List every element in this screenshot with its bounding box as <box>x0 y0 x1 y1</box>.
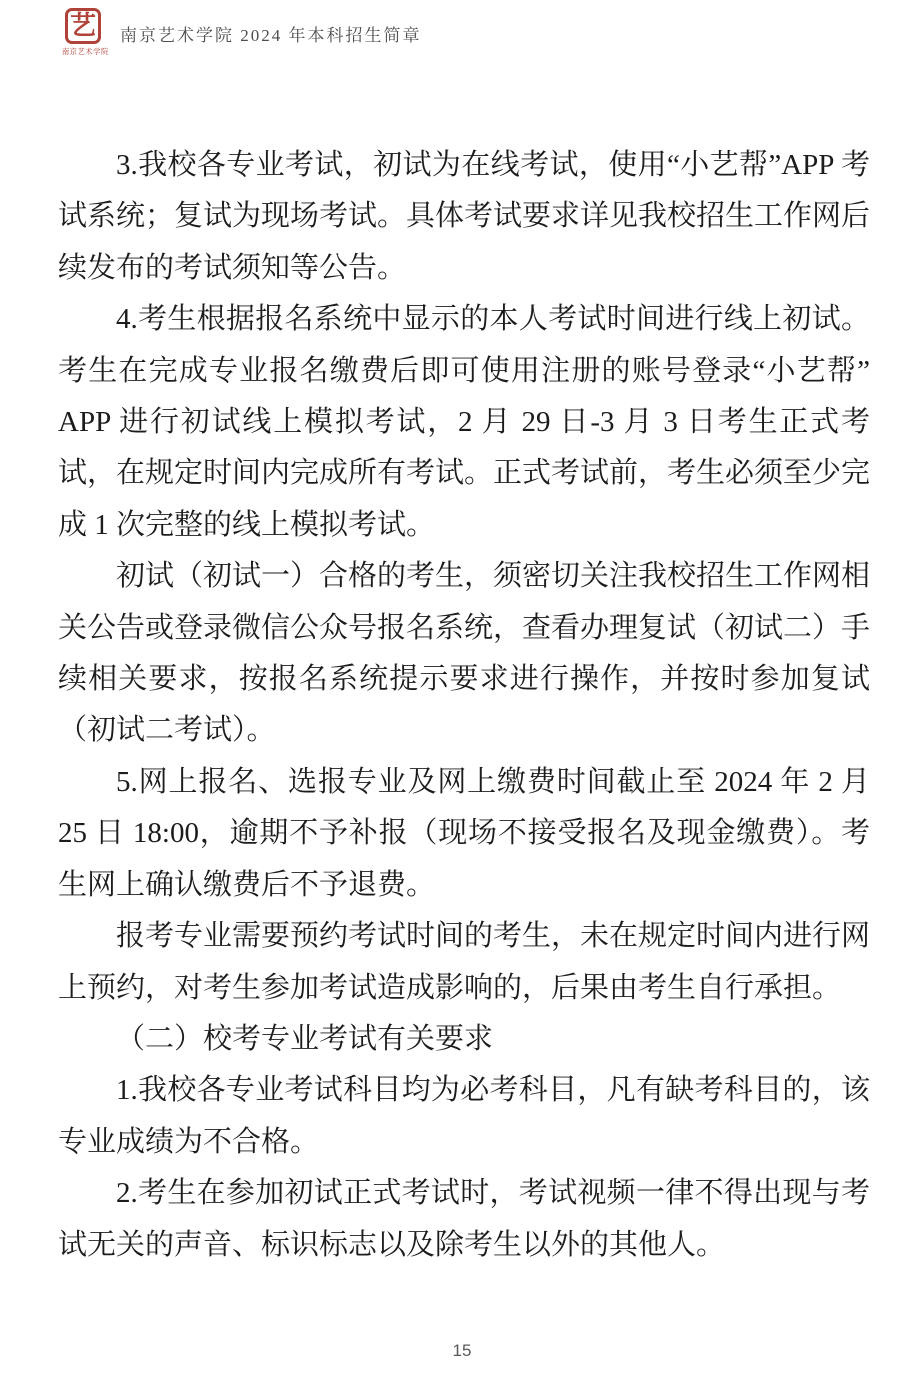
page-header-title: 南京艺术学院 2024 年本科招生简章 <box>120 21 422 46</box>
para-exam-rule-4: 4.考生根据报名系统中显示的本人考试时间进行线上初试。考生在完成专业报名缴费后即… <box>58 294 870 551</box>
para-exam-rule-5: 5.网上报名、选报专业及网上缴费时间截止至 2024 年 2 月 25 日 18… <box>58 757 870 911</box>
logo-glyph: 艺 <box>70 13 96 39</box>
section-heading-2: （二）校考专业考试有关要求 <box>58 1014 870 1065</box>
document-body: 3.我校各专业考试，初试为在线考试，使用“小艺帮”APP 考试系统；复试为现场考… <box>58 140 870 1271</box>
school-logo: 艺 南京艺术学院 <box>60 8 106 57</box>
para-retest-notice: 初试（初试一）合格的考生，须密切关注我校招生工作网相关公告或登录微信公众号报名系… <box>58 551 870 757</box>
page-number: 15 <box>453 1341 472 1360</box>
page-footer: 15 <box>0 1341 924 1361</box>
para-exam-rule-3: 3.我校各专业考试，初试为在线考试，使用“小艺帮”APP 考试系统；复试为现场考… <box>58 140 870 294</box>
para-school-exam-rule-2: 2.考生在参加初试正式考试时，考试视频一律不得出现与考试无关的声音、标识标志以及… <box>58 1168 870 1271</box>
document-page: 艺 南京艺术学院 南京艺术学院 2024 年本科招生简章 3.我校各专业考试，初… <box>0 0 924 1383</box>
nua-seal-icon: 艺 <box>65 8 101 44</box>
para-reservation-notice: 报考专业需要预约考试时间的考生，未在规定时间内进行网上预约，对考生参加考试造成影… <box>58 911 870 1014</box>
page-header: 艺 南京艺术学院 南京艺术学院 2024 年本科招生简章 <box>60 8 422 57</box>
para-school-exam-rule-1: 1.我校各专业考试科目均为必考科目，凡有缺考科目的，该专业成绩为不合格。 <box>58 1065 870 1168</box>
logo-caption: 南京艺术学院 <box>62 46 104 56</box>
